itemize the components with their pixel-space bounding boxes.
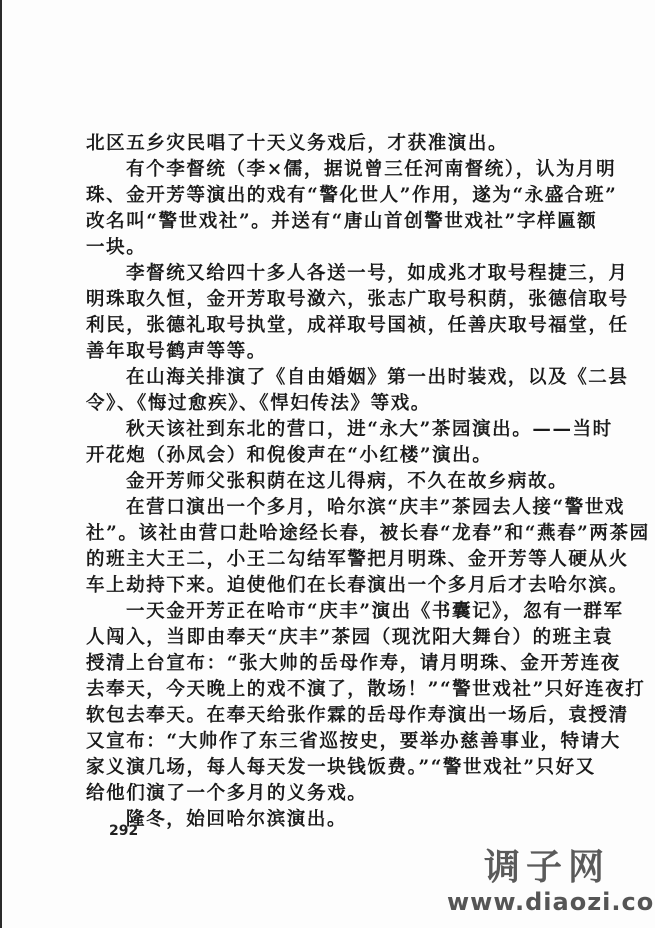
text-line: 给他们演了一个多月的义务戏。	[86, 781, 586, 807]
text-line: 明珠取久恒，金开芳取号潋六，张志广取号积荫，张德信取号	[86, 287, 586, 313]
text-line: 的班主大王二，小王二勾结军警把月明珠、金开芳等人硬从火	[86, 547, 586, 573]
text-line: 善年取号鹤声等等。	[86, 339, 586, 365]
text-line: 金开芳师父张积荫在这儿得病，不久在故乡病故。	[86, 469, 586, 495]
watermark-title: 调子网	[447, 848, 647, 888]
text-line: 在山海关排演了《自由婚姻》第一出时装戏，以及《二县	[86, 365, 586, 391]
text-line: 在营口演出一个多月，哈尔滨“庆丰”茶园去人接“警世戏	[86, 495, 586, 521]
text-line: 家义演几场，每人每天发一块钱饭费。”“警世戏社”只好又	[86, 755, 586, 781]
text-line: 珠、金开芳等演出的戏有“警化世人”作用，遂为“永盛合班”	[86, 183, 586, 209]
text-line: 有个李督统（李×儒，据说曾三任河南督统），认为月明	[86, 157, 586, 183]
text-line: 改名叫“警世戏社”。并送有“唐山首创警世戏社”字样匾额	[86, 209, 586, 235]
text-line: 隆冬，始回哈尔滨演出。	[86, 807, 586, 833]
page-left-border	[0, 0, 2, 928]
watermark: 调子网 www.diaozi.com	[447, 848, 647, 916]
page-body-text: 北区五乡灾民唱了十天义务戏后，才获准演出。 有个李督统（李×儒，据说曾三任河南督…	[86, 131, 586, 833]
text-line: 社”。该社由营口赴哈途经长春，被长春“龙春”和“燕春”两茶园	[86, 521, 586, 547]
watermark-url: www.diaozi.com	[447, 888, 647, 916]
text-line: 李督统又给四十多人各送一号，如成兆才取号程捷三，月	[86, 261, 586, 287]
text-line: 一块。	[86, 235, 586, 261]
text-line: 去奉天，今天晚上的戏不演了，散场！”“警世戏社”只好连夜打	[86, 677, 586, 703]
text-line: 车上劫持下来。迫使他们在长春演出一个多月后才去哈尔滨。	[86, 573, 586, 599]
text-line: 软包去奉天。在奉天给张作霖的岳母作寿演出一场后，袁授清	[86, 703, 586, 729]
text-line: 授清上台宣布：“张大帅的岳母作寿，请月明珠、金开芳连夜	[86, 651, 586, 677]
text-line: 开花炮（孙凤会）和倪俊声在“小红楼”演出。	[86, 443, 586, 469]
page-number: 292	[109, 823, 138, 839]
text-line: 人闯入，当即由奉天“庆丰”茶园（现沈阳大舞台）的班主袁	[86, 625, 586, 651]
text-line: 秋天该社到东北的营口，进“永大”茶园演出。——当时	[86, 417, 586, 443]
text-line: 一天金开芳正在哈市“庆丰”演出《书囊记》，忽有一群军	[86, 599, 586, 625]
text-line: 又宣布：“大帅作了东三省巡按史，要举办慈善事业，特请大	[86, 729, 586, 755]
text-line: 利民，张德礼取号执堂，成祥取号国祯，任善庆取号福堂，任	[86, 313, 586, 339]
text-line: 北区五乡灾民唱了十天义务戏后，才获准演出。	[86, 131, 586, 157]
text-line: 令》、《悔过愈疾》、《悍妇传法》等戏。	[86, 391, 586, 417]
